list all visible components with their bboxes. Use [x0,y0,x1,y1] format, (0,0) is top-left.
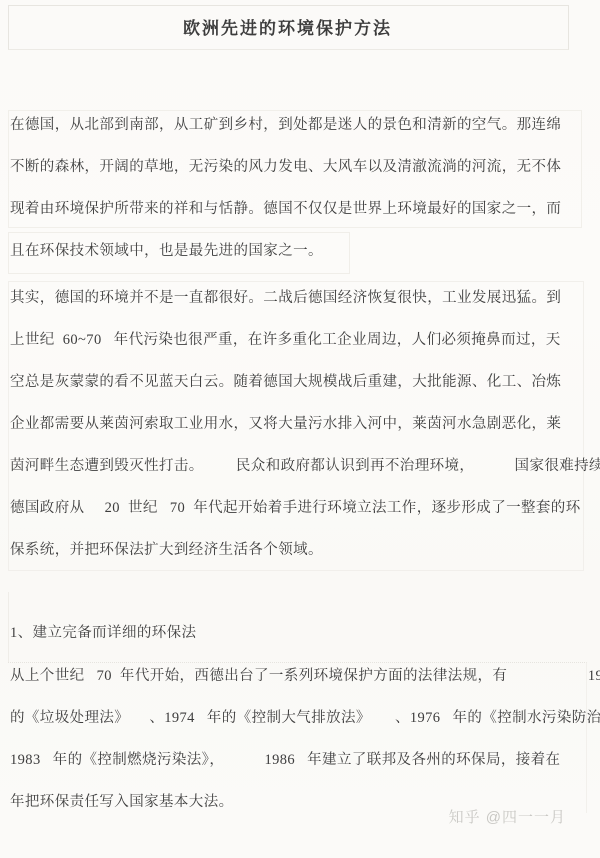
paragraph-3: 从上个世纪 70 年代开始，西德出台了一系列环境保护方面的法律法规，有 1972… [10,655,600,823]
text-line: 空总是灰蒙蒙的看不见蓝天白云。随着德国大规模战后重建，大批能源、化工、冶炼 [10,361,600,403]
text-line: 德国政府从 20 世纪 70 年代起开始着手进行环境立法工作，逐步形成了一整套的… [10,487,600,529]
paragraph-2: 其实，德国的环境并不是一直都很好。二战后德国经济恢复很快，工业发展迅猛。到上世纪… [10,277,600,571]
text-line: 其实，德国的环境并不是一直都很好。二战后德国经济恢复很快，工业发展迅猛。到 [10,277,600,319]
text-line: 的《垃圾处理法》 、1974 年的《控制大气排放法》 、1976 年的《控制水污… [10,697,600,739]
document-page: 欧洲先进的环境保护方法 在德国，从北部到南部，从工矿到乡村，到处都是迷人的景色和… [0,0,600,858]
paragraph-1: 在德国，从北部到南部，从工矿到乡村，到处都是迷人的景色和清新的空气。那连绵不断的… [10,104,600,272]
text-line: 企业都需要从莱茵河索取工业用水，又将大量污水排入河中，莱茵河水急剧恶化，莱 [10,403,600,445]
text-line: 在德国，从北部到南部，从工矿到乡村，到处都是迷人的景色和清新的空气。那连绵 [10,104,600,146]
text-line: 从上个世纪 70 年代开始，西德出台了一系列环境保护方面的法律法规，有 1972… [10,655,600,697]
text-line: 且在环保技术领域中，也是最先进的国家之一。 [10,230,600,272]
text-line: 现着由环境保护所带来的祥和与恬静。德国不仅仅是世界上环境最好的国家之一，而 [10,188,600,230]
text-line: 保系统，并把环保法扩大到经济生活各个领域。 [10,529,600,571]
title-box: 欧洲先进的环境保护方法 [8,5,567,48]
text-line: 不断的森林，开阔的草地，无污染的风力发电、大风车以及清澈流淌的河流，无不体 [10,146,600,188]
zhihu-watermark: 知乎 @四一一月 [449,806,566,827]
document-title: 欧洲先进的环境保护方法 [183,14,392,39]
text-line: 茵河畔生态遭到毁灭性打击。 民众和政府都认识到再不治理环境， 国家很难持续发展。 [10,445,600,487]
text-line: 1983 年的《控制燃烧污染法》， 1986 年建立了联邦及各州的环保局，接着在… [10,739,600,781]
text-line: 上世纪 60~70 年代污染也很严重，在许多重化工企业周边，人们必须掩鼻而过，天 [10,319,600,361]
section-heading: 1、建立完备而详细的环保法 [10,612,196,654]
